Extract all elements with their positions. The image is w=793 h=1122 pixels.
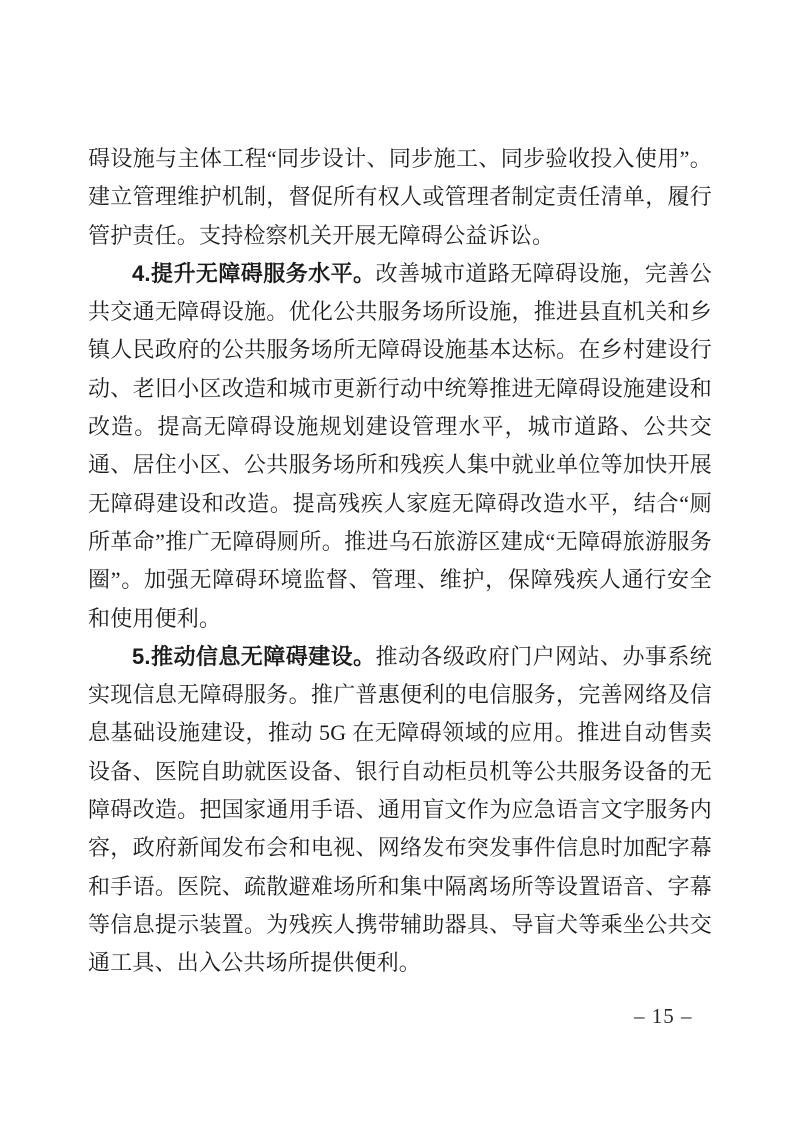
- paragraph-item-4: 4.提升无障碍服务水平。改善城市道路无障碍设施，完善公共交通无障碍设施。优化公共…: [88, 255, 712, 638]
- paragraph-heading: 5.推动信息无障碍建设。: [132, 644, 376, 669]
- paragraph-text: 改善城市道路无障碍设施，完善公共交通无障碍设施。优化公共服务场所设施，推进县直机…: [88, 261, 712, 631]
- page-number: – 15 –: [634, 1002, 693, 1030]
- paragraph-text: 碍设施与主体工程“同步设计、同步施工、同步验收投入使用”。建立管理维护机制，督促…: [88, 146, 712, 248]
- paragraph-heading: 4.提升无障碍服务水平。: [132, 261, 376, 286]
- paragraph-continuation: 碍设施与主体工程“同步设计、同步施工、同步验收投入使用”。建立管理维护机制，督促…: [88, 140, 712, 255]
- paragraph-text: 推动各级政府门户网站、办事系统实现信息无障碍服务。推广普惠便利的电信服务，完善网…: [88, 644, 712, 975]
- document-body: 碍设施与主体工程“同步设计、同步施工、同步验收投入使用”。建立管理维护机制，督促…: [88, 140, 712, 983]
- document-page: 碍设施与主体工程“同步设计、同步施工、同步验收投入使用”。建立管理维护机制，督促…: [0, 0, 793, 1122]
- paragraph-item-5: 5.推动信息无障碍建设。推动各级政府门户网站、办事系统实现信息无障碍服务。推广普…: [88, 638, 712, 983]
